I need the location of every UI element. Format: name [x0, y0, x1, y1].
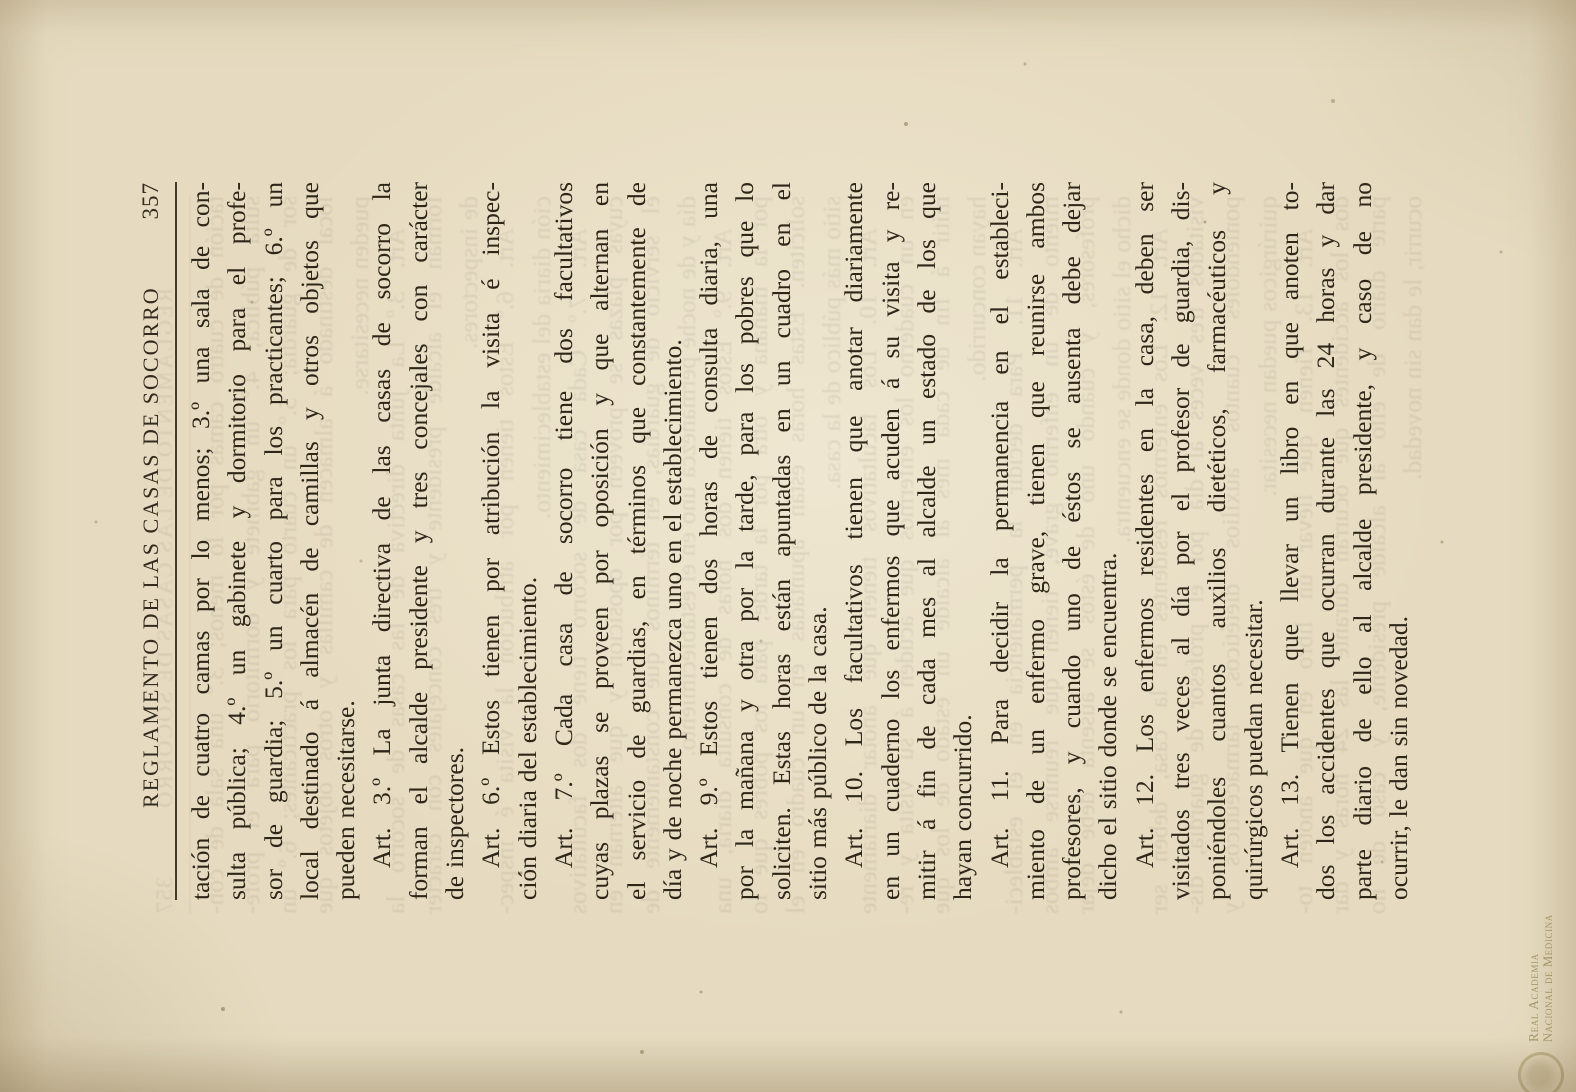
text-line: quirúrgicos puedan necesitar.	[1236, 182, 1272, 900]
text-line: Art. 6.º Estos tienen por atribución la …	[473, 182, 509, 900]
rotated-page: REGLAMENTO DE LAS CASAS DE SOCORRO 357 t…	[0, 0, 1576, 1092]
header-rule	[175, 182, 177, 900]
text-line: cuyas plazas se proveen por oposición y …	[582, 182, 618, 900]
text-line: hayan concurrido.	[945, 182, 981, 900]
library-stamp: Real Academia Nacional de Medicina	[1518, 914, 1564, 1092]
text-line: sulta pública; 4.º un gabinete y dormito…	[219, 182, 255, 900]
text-line: visitados tres veces al día por el profe…	[1163, 182, 1199, 900]
text-line: tación de cuatro camas por lo menos; 3.º…	[183, 182, 219, 900]
text-line: sitio más público de la casa.	[800, 182, 836, 900]
text-line: por la mañana y otra por la tarde, para …	[727, 182, 763, 900]
text-line: pueden necesitarse.	[328, 182, 364, 900]
running-head-title: REGLAMENTO DE LAS CASAS DE SOCORRO	[136, 286, 166, 808]
text-line: Art. 9.º Estos tienen dos horas de consu…	[691, 182, 727, 900]
text-line: en un cuaderno los enfermos que acuden á…	[873, 182, 909, 900]
text-line: soliciten. Estas horas están apuntadas e…	[764, 182, 800, 900]
text-line: mitir á fin de cada mes al alcalde un es…	[909, 182, 945, 900]
text-line: Art. 13. Tienen que llevar un libro en q…	[1272, 182, 1308, 900]
text-line: Art. 10. Los facultativos tienen que ano…	[836, 182, 872, 900]
page-content: REGLAMENTO DE LAS CASAS DE SOCORRO 357 t…	[136, 182, 1417, 900]
page-body: tación de cuatro camas por lo menos; 3.º…	[183, 182, 1417, 900]
text-line: ocurrir, le dan sin novedad.	[1381, 182, 1417, 900]
text-line: local destinado á almacén de camillas y …	[292, 182, 328, 900]
text-line: ción diaria del establecimiento.	[510, 182, 546, 900]
text-line: Art. 12. Los enfermos residentes en la c…	[1127, 182, 1163, 900]
text-line: Art. 3.º La junta directiva de las casas…	[364, 182, 400, 900]
stamp-line-2: Nacional de Medicina	[1541, 914, 1555, 1042]
text-line: sor de guardia; 5.º un cuarto para los p…	[256, 182, 292, 900]
text-line: forman el alcalde presidente y tres conc…	[401, 182, 437, 900]
page-number: 357	[136, 182, 166, 220]
text-line: de inspectores.	[437, 182, 473, 900]
running-head: REGLAMENTO DE LAS CASAS DE SOCORRO 357	[136, 182, 166, 900]
text-line: profesores, y cuando uno de éstos se aus…	[1054, 182, 1090, 900]
text-line: dos los accidentes que ocurran durante l…	[1308, 182, 1344, 900]
library-seal-icon	[1518, 1052, 1564, 1092]
text-line: parte diario de ello al alcalde presiden…	[1345, 182, 1381, 900]
text-line: el servicio de guardias, en términos que…	[619, 182, 655, 900]
text-line: día y de noche permanezca uno en el esta…	[655, 182, 691, 900]
scanned-book-page: REGLAMENTO DE LAS CASAS DE SOCORRO 357 t…	[0, 0, 1576, 1092]
stamp-line-1: Real Academia	[1527, 914, 1541, 1042]
text-line: dicho el sitio donde se encuentra.	[1090, 182, 1126, 900]
text-line: Art. 7.º Cada casa de socorro tiene dos …	[546, 182, 582, 900]
text-line: poniéndoles cuantos auxilios dietéticos,…	[1199, 182, 1235, 900]
text-line: Art. 11. Para decidir la permanencia en …	[982, 182, 1018, 900]
library-stamp-text: Real Academia Nacional de Medicina	[1527, 914, 1555, 1042]
text-line: miento de un enfermo grave, tienen que r…	[1018, 182, 1054, 900]
